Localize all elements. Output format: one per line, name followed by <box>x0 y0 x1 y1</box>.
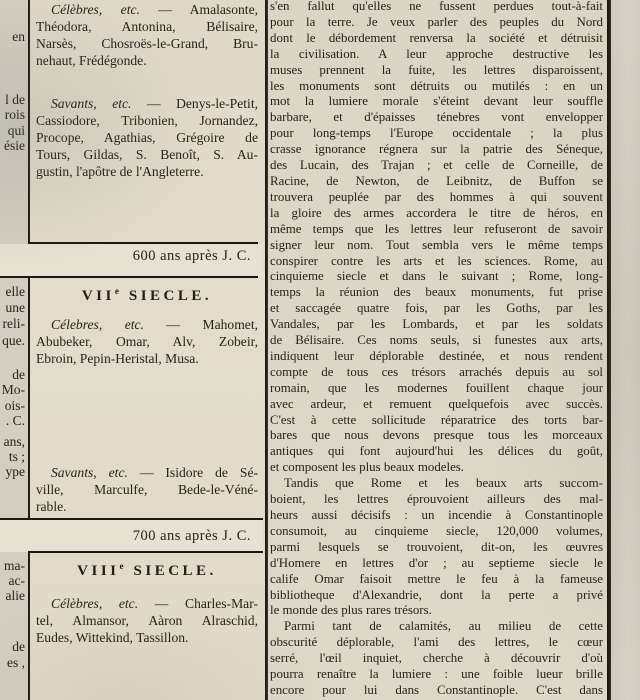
prose-line: Racine, de Newton, de Leibnitz, de Buffo… <box>270 174 603 190</box>
century-column: Célèbres, etc. — Amalasonte,Théodora, An… <box>29 0 265 700</box>
left-fragment: en <box>0 29 25 44</box>
left-fragment: l de <box>0 92 25 107</box>
book-page: en l de rois qui ésie elle une reli- que… <box>0 0 640 700</box>
left-fragment: ésie <box>0 138 25 153</box>
prose-line: d'Homere en lettres d'or ; au septieme s… <box>270 556 603 572</box>
prose-line: s'en fallut qu'elles ne fussent perdues … <box>270 0 603 15</box>
prose-line: pourra renaître la lumiere : une foible … <box>270 667 603 683</box>
entry-line: Théodora, Antonina, Bélisaire, <box>36 18 258 35</box>
prose-line: crasse ignorance régnera sur la patrie d… <box>270 142 603 158</box>
prose-line: pour la terre. Je veux parler des peuple… <box>270 15 603 31</box>
prose-line: obscurité déplorable, l'ami des lettres,… <box>270 635 603 651</box>
prose-line: bares que nous devons presque tous les m… <box>270 428 603 444</box>
entry-line: rable. <box>36 498 258 515</box>
left-fragment: ac- <box>0 573 25 588</box>
entry-lead-italic: Célebres, etc. <box>51 317 144 332</box>
prose-line: boient, les lettres éprouvoient ailleurs… <box>270 492 603 508</box>
section-header-ordinal: e <box>115 286 120 296</box>
entry-lead-italic: Savants, etc. <box>51 465 128 480</box>
prose-line: heurs aussi décisifs : un incendie à Con… <box>270 508 603 524</box>
entry-line: Ebroin, Pepin-Heristal, Musa. <box>36 350 258 367</box>
prose-line: et saccagée quatre fois, par les Goths, … <box>270 301 603 317</box>
prose-line: antiques qui font aujourd'hui les délice… <box>270 444 603 460</box>
left-fragment: alie <box>0 588 25 603</box>
entry-lead-italic: Savants, etc. <box>51 96 131 111</box>
left-fragment: . C. <box>0 413 25 428</box>
prose-line: avec ardeur, et remuent quelquefois avec… <box>270 397 603 413</box>
left-fragment: elle <box>0 284 25 299</box>
prose-line: C'est à cette sollicitude réparatrice de… <box>270 413 603 429</box>
celebres-entry-viii: Célèbres, etc. — Charles-Mar-tel, Almans… <box>36 595 258 646</box>
prose-line: des Lucain, des Trajan ; et celle de Cor… <box>270 158 603 174</box>
left-fragment: Mo- <box>0 382 25 397</box>
prose-line: romain, que les modernes fouillent chaqu… <box>270 381 603 397</box>
prose-line: compte de tous ces trésors arrachés depu… <box>270 365 603 381</box>
entry-line: ville, Marculfe, Bede-le-Véné- <box>36 481 258 498</box>
prose-line: la civilisation. A leur approche destruc… <box>270 47 603 63</box>
right-margin-background <box>608 0 640 700</box>
prose-line: et composent les plus beaux modeles. <box>270 460 603 476</box>
section-header-numeral: VIII <box>77 563 119 579</box>
left-fragment: une <box>0 300 25 315</box>
section-header-word: SIECLE. <box>134 563 217 579</box>
prose-line: encore pour lui dans Constantinople. C'e… <box>270 683 603 699</box>
left-fragment: es , <box>0 655 25 670</box>
left-fragment: reli- <box>0 316 25 331</box>
prose-column: s'en fallut qu'elles ne fussent perdues … <box>270 0 603 699</box>
prose-line: Vandales, par les Lombards, et par les s… <box>270 317 603 333</box>
left-fragment: que. <box>0 333 25 348</box>
prose-line: calife Omar faisoit mettre le feu à la f… <box>270 572 603 588</box>
left-fragment: de <box>0 367 25 382</box>
entry-line: tel, Almansor, Aàron Alraschid, <box>36 612 258 629</box>
prose-line: barbare, et d'épaisses ténebres vont env… <box>270 110 603 126</box>
entry-line: Abubeker, Omar, Alv, Zobeir, <box>36 333 258 350</box>
prose-line: les monuments sont détruits ou mutilés :… <box>270 79 603 95</box>
entry-lead-italic: Célèbres, etc. <box>51 2 140 17</box>
entry-line: Célebres, etc. — Mahomet, <box>36 316 258 333</box>
entry-line: Narsès, Chosroës-le-Grand, Bru- <box>36 35 258 52</box>
prose-line: même temps que les lettres leur refusero… <box>270 222 603 238</box>
section-header-vii: VIIeSIECLE. <box>29 286 265 305</box>
prose-line: dont le débordement renversa la société … <box>270 31 603 47</box>
section-header-viii: VIIIeSIECLE. <box>29 561 265 580</box>
entry-line: Célèbres, etc. — Charles-Mar- <box>36 595 258 612</box>
left-fragment: ype <box>0 464 25 479</box>
prose-line: la gloire des armes accordera le titre d… <box>270 206 603 222</box>
entry-line: Cassiodore, Tribonien, Jornandez, <box>36 112 258 129</box>
entry-line: nehaut, Frédégonde. <box>36 52 258 69</box>
prose-line: signer leur nom. Tout sembla vers le mêm… <box>270 238 603 254</box>
entry-line: Savants, etc. — Denys-le-Petit, <box>36 95 258 112</box>
prose-line: consumoit, au cinquieme siecle, 120,000 … <box>270 524 603 540</box>
entry-lead-italic: Célèbres, etc. <box>51 596 138 611</box>
section-header-word: SIECLE. <box>129 288 212 304</box>
entry-line: Procope, Agathias, Grégoire de <box>36 129 258 146</box>
prose-line: le monde des plus rares trésors. <box>270 603 603 619</box>
prose-line: trouvera peuplée par des hommes à qui so… <box>270 190 603 206</box>
page-border-rule-right <box>607 0 611 700</box>
left-fragment: ans, <box>0 434 25 449</box>
entry-line: Tours, Gildas, S. Benoît, S. Au- <box>36 146 258 163</box>
savants-entry-vi: Savants, etc. — Denys-le-Petit,Cassiodor… <box>36 95 258 180</box>
prose-line: indiquent leur déplorable destinée, et n… <box>270 349 603 365</box>
prose-line: pour long-temps l'Europe occidentale ; l… <box>270 126 603 142</box>
celebres-entry-vi: Célèbres, etc. — Amalasonte,Théodora, An… <box>36 1 258 69</box>
prose-line: mot la lumiere morale s'éteint devant le… <box>270 94 603 110</box>
prose-line: serré, l'œil inquiet, cherche à découvri… <box>270 651 603 667</box>
prose-line: Parmi tant de calamités, au milieu de ce… <box>270 619 603 635</box>
left-fragment: ma- <box>0 558 25 573</box>
left-fragment: qui <box>0 123 25 138</box>
prose-line: conspirer contre les arts et les science… <box>270 254 603 270</box>
prose-line: temps la réunion des beaux monuments, fu… <box>270 285 603 301</box>
prose-line: de Bélisaire. Ces noms seuls, si funeste… <box>270 333 603 349</box>
celebres-entry-vii: Célebres, etc. — Mahomet,Abubeker, Omar,… <box>36 316 258 367</box>
prose-line: Tandis que Rome et les beaux arts succom… <box>270 476 603 492</box>
section-header-numeral: VII <box>82 288 115 304</box>
prose-line: bibliotheque d'Alexandrie, dont la perte… <box>270 588 603 604</box>
left-fragment: ts ; <box>0 449 25 464</box>
left-fragment: rois <box>0 107 25 122</box>
prose-line: parmi lesquels se trouvoient, dit-on, le… <box>270 540 603 556</box>
entry-line: Eudes, Wittekind, Tassillon. <box>36 629 258 646</box>
prose-line: muses prennent la fuite, les lettres dis… <box>270 63 603 79</box>
column-rule-vertical-center <box>265 0 268 700</box>
section-header-ordinal: e <box>120 561 125 571</box>
savants-entry-vii: Savants, etc. — Isidore de Sé-ville, Mar… <box>36 464 258 515</box>
prose-line: cinquieme siecle et dans le suivant ; Ro… <box>270 269 603 285</box>
left-fragment: de <box>0 639 25 654</box>
entry-line: Célèbres, etc. — Amalasonte, <box>36 1 258 18</box>
entry-line: Savants, etc. — Isidore de Sé- <box>36 464 258 481</box>
left-fragment: ois- <box>0 398 25 413</box>
entry-line: gustin, l'apôtre de l'Angleterre. <box>36 163 258 180</box>
